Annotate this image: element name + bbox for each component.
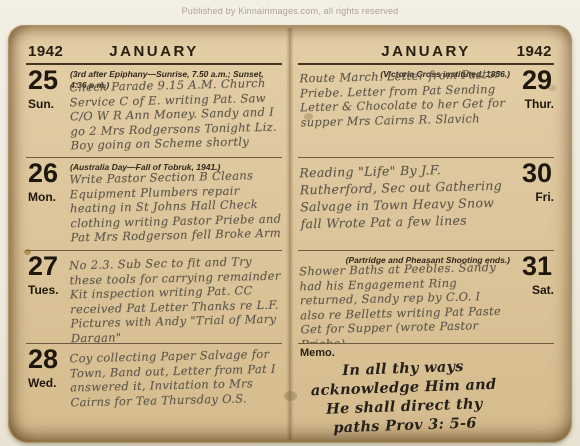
handwritten-entry: No 2.3. Sub Sec to fit and Try these too… <box>69 254 282 344</box>
day-label: Tues. <box>28 283 58 297</box>
handwritten-entry: Route March. Letter from Pastor Priebe. … <box>299 67 508 130</box>
date-number: 27 <box>28 253 58 280</box>
date-number: 29 <box>522 67 552 94</box>
paper-stain <box>24 249 31 255</box>
diary-book: 1942 JANUARY 25 Sun. (3rd after Epiphany… <box>8 25 572 443</box>
date-number: 26 <box>28 160 58 187</box>
day-label: Wed. <box>28 376 56 390</box>
date-number: 28 <box>28 346 58 373</box>
handwritten-entry: Reading "Life" By J.F. Rutherford, Sec o… <box>299 160 508 233</box>
entry-row-jan31: 31 Sat. (Partridge and Pheasant Shooting… <box>298 251 554 344</box>
left-page: 1942 JANUARY 25 Sun. (3rd after Epiphany… <box>8 25 290 443</box>
day-label: Mon. <box>28 190 56 204</box>
day-label: Sun. <box>28 97 54 111</box>
entry-row-jan25: 25 Sun. (3rd after Epiphany—Sunrise, 7.5… <box>26 65 282 158</box>
paper-stain <box>284 391 297 401</box>
year-label: 1942 <box>517 43 552 60</box>
page-gutter <box>286 28 294 440</box>
date-number: 30 <box>522 160 552 187</box>
date-number: 25 <box>28 67 58 94</box>
entry-row-jan28: 28 Wed. Coy collecting Paper Salvage for… <box>26 344 282 436</box>
right-page: JANUARY 1942 29 Thur. (Victoria Cross in… <box>290 25 572 443</box>
entry-row-jan30: 30 Fri. Reading "Life" By J.F. Rutherfor… <box>298 158 554 251</box>
entry-row-jan29: 29 Thur. (Victoria Cross instituted, 185… <box>298 65 554 158</box>
day-label: Sat. <box>532 283 554 297</box>
paper-stain <box>548 85 556 91</box>
handwritten-entry: Check Parade 9.15 A.M. Church Service C … <box>69 76 282 153</box>
handwritten-entry: Write Pastor Section B Cleans Equipment … <box>69 168 282 245</box>
day-label: Fri. <box>535 190 554 204</box>
paper-stain <box>304 113 313 120</box>
memo-row: Memo. In all thy ways acknowledge Him an… <box>298 344 554 436</box>
right-page-header: JANUARY 1942 <box>298 33 554 65</box>
month-label: JANUARY <box>26 43 282 60</box>
handwritten-entry: Coy collecting Paper Salvage for Town, B… <box>69 347 282 410</box>
memo-handwriting: In all thy ways acknowledge Him and He s… <box>299 355 510 436</box>
entry-row-jan26: 26 Mon. (Australia Day—Fall of Tobruk, 1… <box>26 158 282 251</box>
diary-photo: Published by Kinnairimages.com, all righ… <box>0 0 580 446</box>
day-label: Thur. <box>525 97 554 111</box>
month-label: JANUARY <box>298 43 554 60</box>
watermark-text: Published by Kinnairimages.com, all righ… <box>0 6 580 16</box>
handwritten-entry: Shower Baths at Peebles. Sandy had his E… <box>299 260 509 344</box>
memo-label: Memo. <box>300 347 335 359</box>
left-page-header: 1942 JANUARY <box>26 33 282 65</box>
entry-row-jan27: 27 Tues. No 2.3. Sub Sec to fit and Try … <box>26 251 282 344</box>
date-number: 31 <box>522 253 552 280</box>
